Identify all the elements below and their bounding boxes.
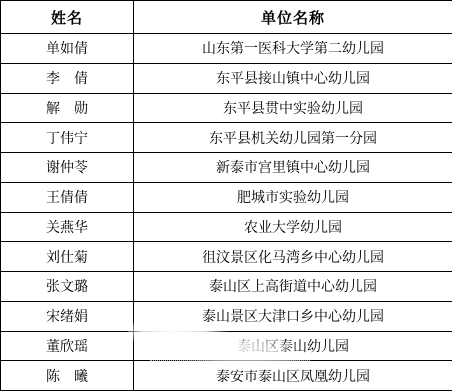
- name-cell: 陈 曦: [1, 361, 134, 391]
- table-row: 陈 曦 泰安市泰山区凤凰幼儿园: [1, 361, 452, 391]
- unit-cell: 山东第一医科大学第二幼儿园: [134, 34, 452, 64]
- unit-cell: 徂汶景区化马湾乡中心幼儿园: [134, 242, 452, 272]
- table-row: 王倩倩 肥城市实验幼儿园: [1, 182, 452, 212]
- table-row: 刘仕菊 徂汶景区化马湾乡中心幼儿园: [1, 242, 452, 272]
- name-cell: 刘仕菊: [1, 242, 134, 272]
- unit-cell: 农业大学幼儿园: [134, 212, 452, 242]
- table-body: 单如倩 山东第一医科大学第二幼儿园 李 倩 东平县接山镇中心幼儿园 解 勋 东平…: [1, 34, 452, 391]
- roster-page: 姓名 单位名称 单如倩 山东第一医科大学第二幼儿园 李 倩 东平县接山镇中心幼儿…: [0, 0, 452, 391]
- unit-cell: 东平县贯中实验幼儿园: [134, 93, 452, 123]
- unit-cell: 泰山区泰山幼儿园: [134, 331, 452, 361]
- header-cell-unit: 单位名称: [134, 1, 452, 34]
- unit-cell: 新泰市宫里镇中心幼儿园: [134, 153, 452, 183]
- table-row: 关燕华 农业大学幼儿园: [1, 212, 452, 242]
- name-cell: 王倩倩: [1, 182, 134, 212]
- table-row: 李 倩 东平县接山镇中心幼儿园: [1, 63, 452, 93]
- name-cell: 谢仲苓: [1, 153, 134, 183]
- table-header: 姓名 单位名称: [1, 1, 452, 34]
- table-row: 宋绪娟 泰山景区大津口乡中心幼儿园: [1, 301, 452, 331]
- header-cell-name: 姓名: [1, 1, 134, 34]
- name-cell: 董欣瑶: [1, 331, 134, 361]
- name-cell: 关燕华: [1, 212, 134, 242]
- table-row: 单如倩 山东第一医科大学第二幼儿园: [1, 34, 452, 64]
- table-row: 解 勋 东平县贯中实验幼儿园: [1, 93, 452, 123]
- name-cell: 丁伟宁: [1, 123, 134, 153]
- name-cell: 李 倩: [1, 63, 134, 93]
- header-row: 姓名 单位名称: [1, 1, 452, 34]
- unit-cell: 泰山区上高街道中心幼儿园: [134, 272, 452, 302]
- table-row: 谢仲苓 新泰市宫里镇中心幼儿园: [1, 153, 452, 183]
- roster-table: 姓名 单位名称 单如倩 山东第一医科大学第二幼儿园 李 倩 东平县接山镇中心幼儿…: [0, 0, 452, 391]
- unit-cell: 泰安市泰山区凤凰幼儿园: [134, 361, 452, 391]
- table-row: 董欣瑶 泰山区泰山幼儿园: [1, 331, 452, 361]
- unit-cell: 肥城市实验幼儿园: [134, 182, 452, 212]
- unit-cell: 东平县机关幼儿园第一分园: [134, 123, 452, 153]
- unit-cell: 东平县接山镇中心幼儿园: [134, 63, 452, 93]
- name-cell: 张文璐: [1, 272, 134, 302]
- table-row: 丁伟宁 东平县机关幼儿园第一分园: [1, 123, 452, 153]
- name-cell: 解 勋: [1, 93, 134, 123]
- name-cell: 宋绪娟: [1, 301, 134, 331]
- table-row: 张文璐 泰山区上高街道中心幼儿园: [1, 272, 452, 302]
- unit-cell: 泰山景区大津口乡中心幼儿园: [134, 301, 452, 331]
- name-cell: 单如倩: [1, 34, 134, 64]
